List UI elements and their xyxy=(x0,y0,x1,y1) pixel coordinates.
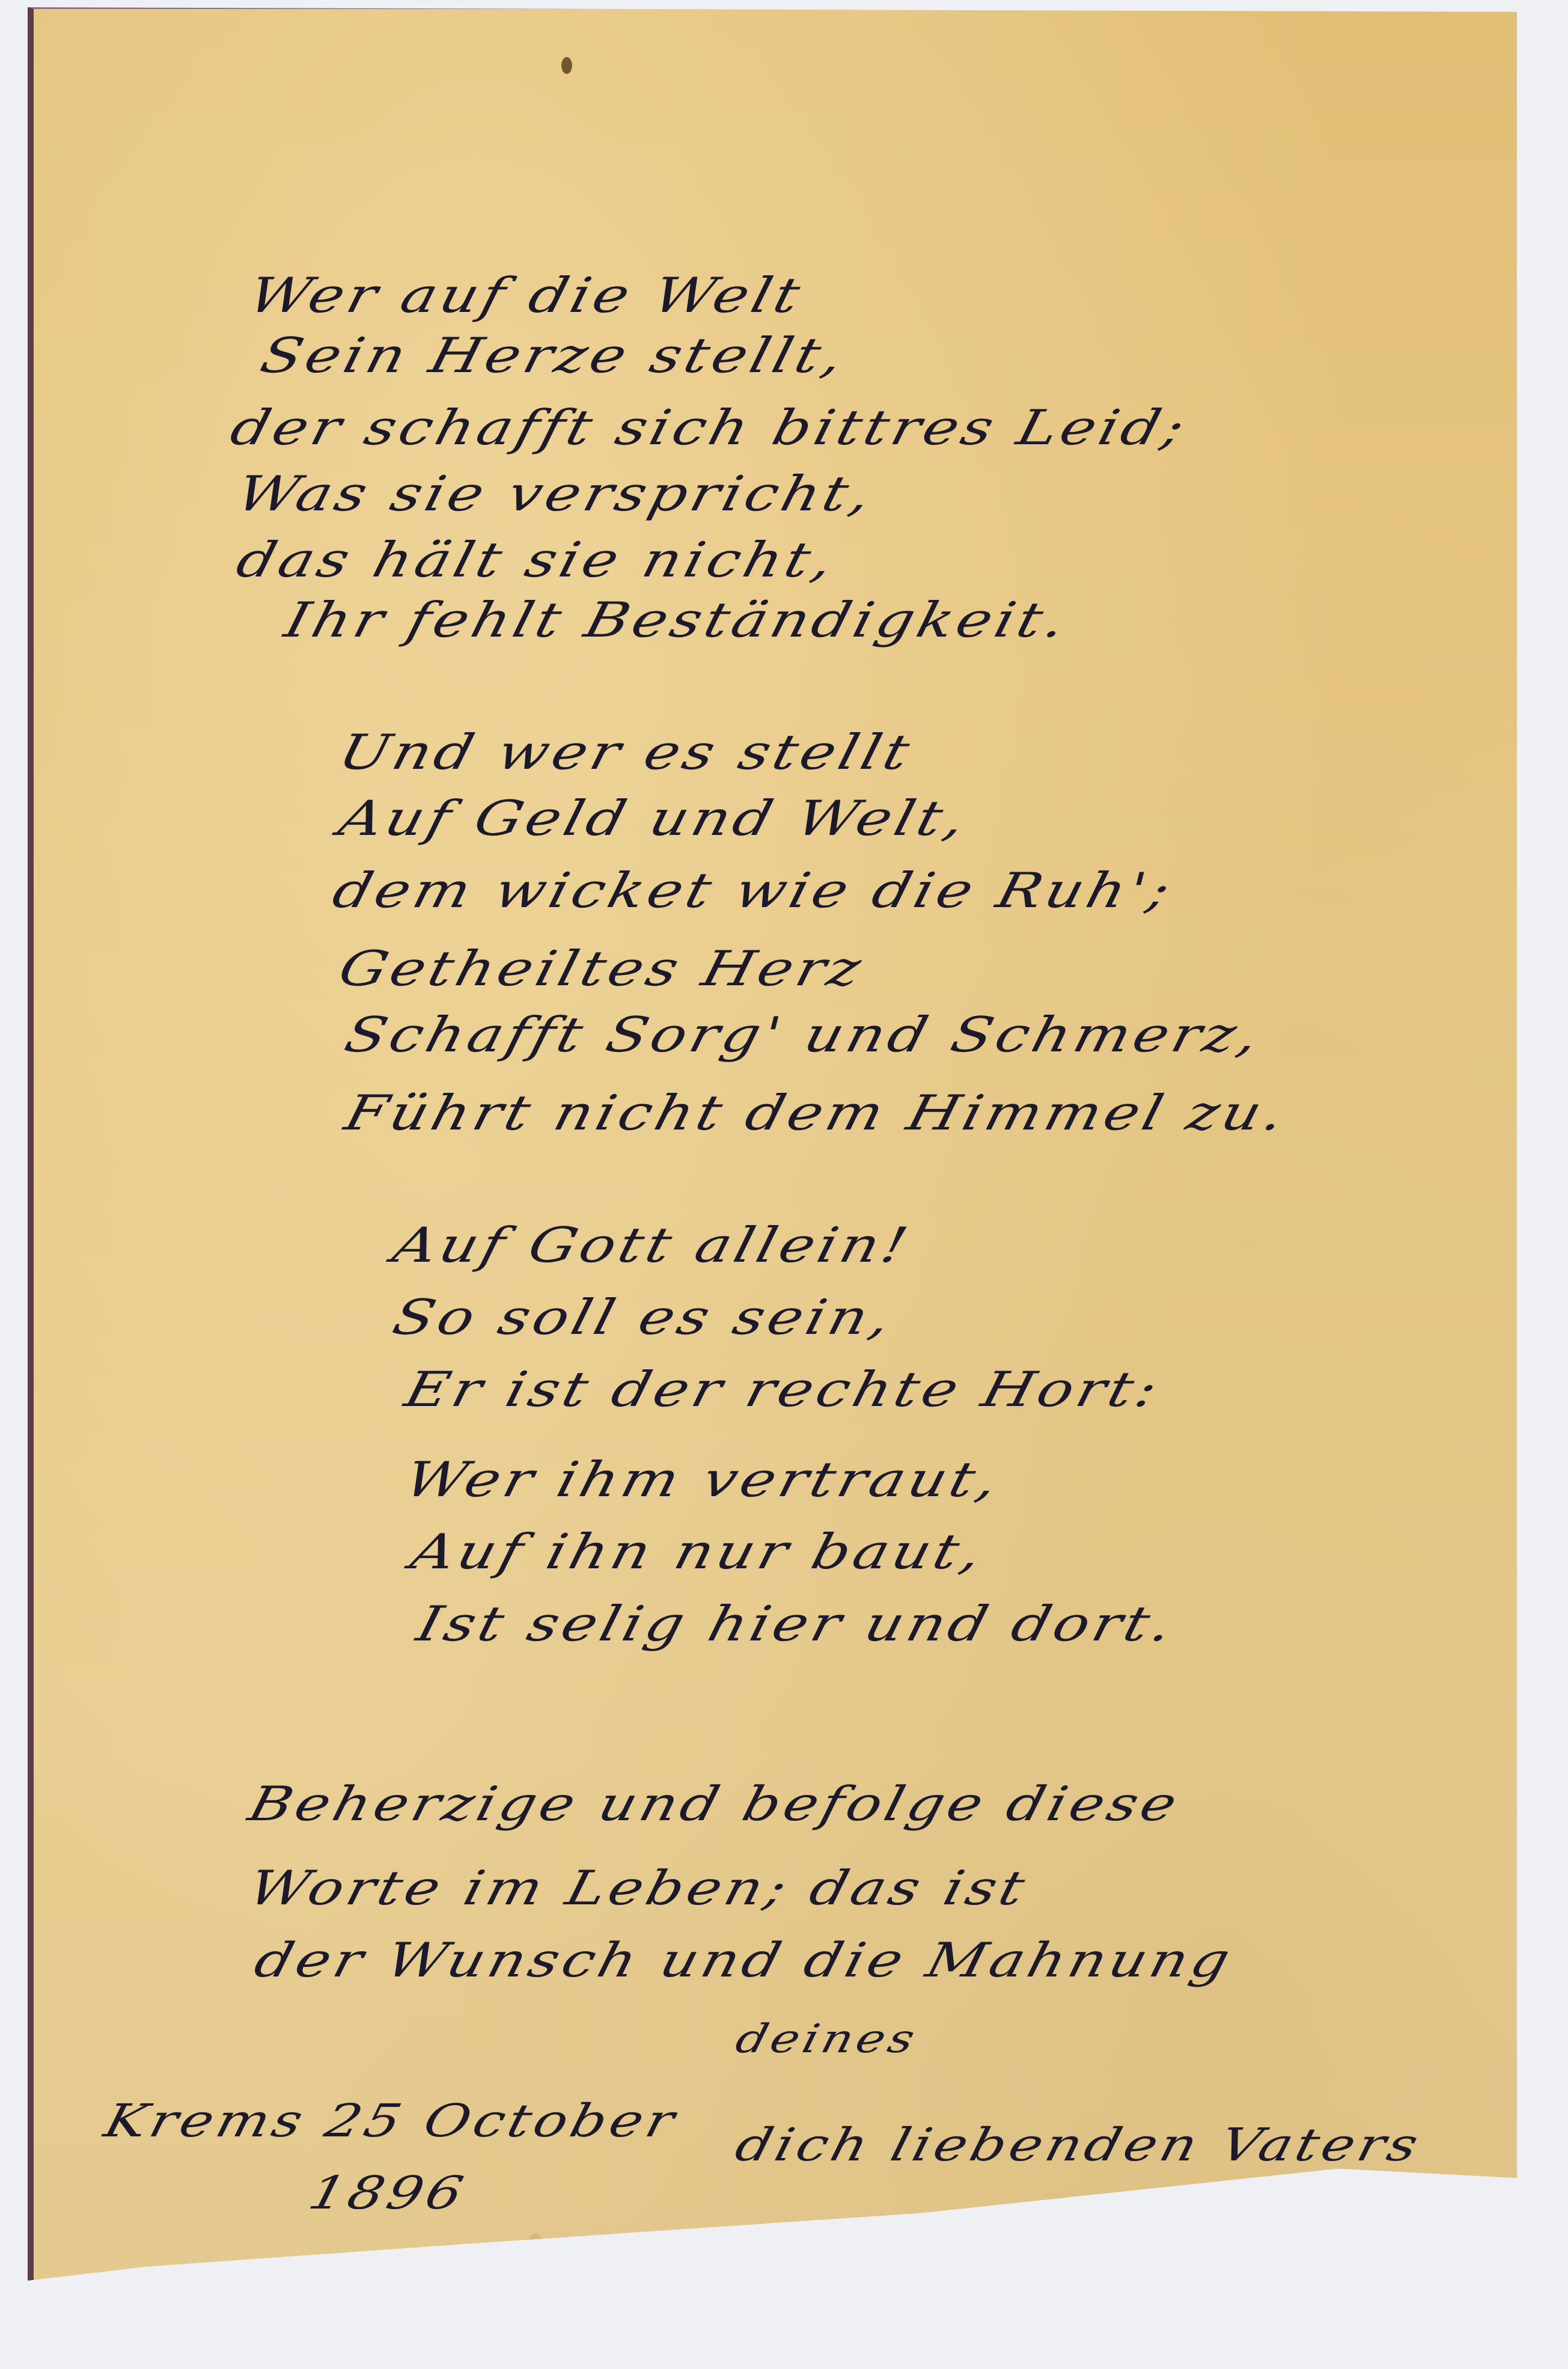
paper-sheet: Wer auf die Welt Sein Herze stellt, der … xyxy=(28,7,1517,2341)
poem-line: das hält sie nicht, xyxy=(231,532,842,588)
poem-line: Getheiltes Herz xyxy=(333,941,870,997)
poem-line: Auf ihn nur baut, xyxy=(405,1524,990,1580)
poem-line: So soll es sein, xyxy=(387,1289,900,1345)
date-month: October xyxy=(418,2095,683,2148)
poem-line: Sein Herze stellt, xyxy=(255,328,852,384)
valediction: dich liebenden Vaters xyxy=(730,2119,1427,2172)
signature-name: Dr Franz Spängler xyxy=(874,2209,1471,2262)
date-day: 25 xyxy=(320,2095,410,2148)
poem-line: Wer auf die Welt xyxy=(243,267,809,323)
stain xyxy=(526,2233,545,2281)
signature-flourish xyxy=(1210,2252,1361,2297)
poem-line: Und wer es stellt xyxy=(333,724,918,780)
poem-line: Auf Gott allein! xyxy=(387,1217,917,1273)
poem-line: Ihr fehlt Beständigkeit. xyxy=(279,592,1075,648)
poem-line: Auf Geld und Welt, xyxy=(333,790,974,846)
closing-line: Worte im Leben; das ist xyxy=(243,1860,1034,1916)
poem-line: der schafft sich bittres Leid; xyxy=(225,400,1194,456)
poem-line: Ist selig hier und dort. xyxy=(411,1596,1181,1652)
stain xyxy=(737,2293,761,2347)
poem-line: dem wicket wie die Ruh'; xyxy=(327,863,1179,919)
poem-line: Was sie verspricht, xyxy=(231,466,880,522)
closing-line: der Wunsch und die Mahnung xyxy=(249,1933,1239,1988)
date-year: 1896 xyxy=(304,2167,472,2220)
ink-spot xyxy=(561,57,572,74)
closing-line: deines xyxy=(731,2016,923,2061)
signature-flourish xyxy=(947,2253,1204,2324)
poem-line: Führt nicht dem Himmel zu. xyxy=(339,1085,1293,1141)
poem-line: Schafft Sorg' und Schmerz, xyxy=(339,1007,1268,1063)
poem-line: Er ist der rechte Hort: xyxy=(399,1362,1167,1417)
poem-line: Wer ihm vertraut, xyxy=(399,1452,1007,1508)
closing-line: Beherzige und befolge diese xyxy=(243,1776,1186,1832)
date-place-day-month: Krems 25 October xyxy=(99,2095,683,2148)
date-place: Krems xyxy=(99,2095,311,2148)
